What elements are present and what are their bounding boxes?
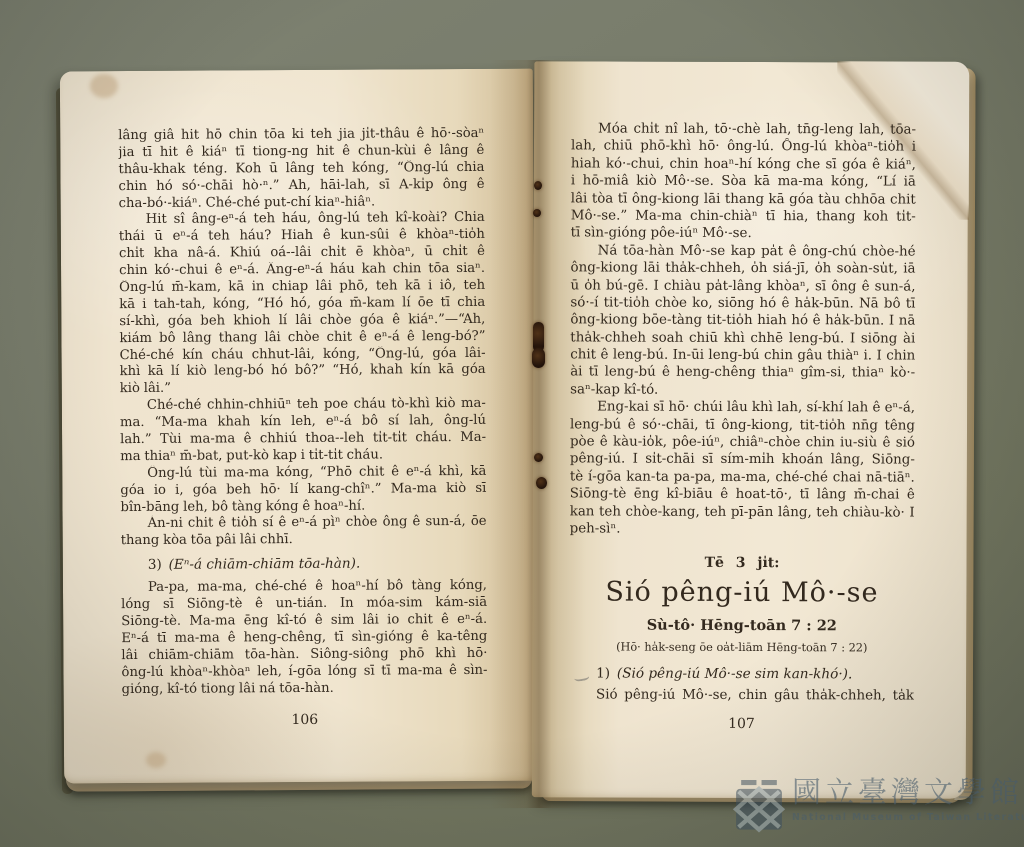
photo-background: { "book": { "left_page": { "page_number"… xyxy=(0,0,1024,847)
paragraph: Pa-pa, ma-ma, ché-ché ê hoaⁿ-hí bô tàng … xyxy=(121,578,488,698)
text-line: saⁿ-kap kî-tó. xyxy=(570,381,915,400)
paragraph: Sió pêng-iú Mô·-se, chin gâu tha̍k-chheh… xyxy=(569,687,914,706)
text-line: chit ê leng-bú. In-ūi leng-bú chin gâu t… xyxy=(570,346,915,365)
text-line: só·-í tit-tio̍h chòe ko, siōng hó ê ha̍k… xyxy=(570,294,915,313)
watermark: 國立臺灣文學館 National Museum of Taiwan Litera… xyxy=(733,776,1024,847)
text-line: lah.” Tùi ma-ma ê chhiú thoa--leh ti̍t-t… xyxy=(120,430,486,449)
ink-spot xyxy=(532,348,545,368)
text-line: lâi tòa tī ông-kiong lāi thang kā góa tà… xyxy=(571,190,916,209)
text-line: kiám bô lâng thang lâi chòe chit ê eⁿ-á … xyxy=(119,329,485,348)
watermark-text: 國立臺灣文學館 National Museum of Taiwan Litera… xyxy=(792,776,1024,823)
watermark-cjk: 國立臺灣文學館 xyxy=(792,776,1024,809)
text-line: ū o̍h bú-gē. I chiàu pa̍t-lâng khòaⁿ, sī… xyxy=(570,277,915,296)
text-line: góa io i, góa beh hō· lí kang-chîⁿ.” Ma-… xyxy=(120,481,486,500)
memory-verse-note: (Hō· ha̍k-seng ōe oa̍t-liām Hēng-toān 7 … xyxy=(569,640,914,656)
text-line: chin hó só·-chāi hò·ⁿ.” Ah, hāi-lah, sī … xyxy=(118,177,484,196)
watermark-en: National Museum of Taiwan Literature xyxy=(792,812,1024,823)
page-number-left: 106 xyxy=(122,711,488,729)
left-page-body: lâng giâ hit hō chin tōa ki teh jia ji̍t… xyxy=(118,126,487,699)
text-line: Ná tōa-hàn Mô·-se kap pa̍t ê ông-chú chò… xyxy=(571,242,916,261)
text-line: tè í-gōa kan-ta pa-pa, ma-ma, ché-ché ch… xyxy=(570,468,915,487)
text-line: Án-ni chit ê tio̍h sí ê eⁿ-á pìⁿ chòe ôn… xyxy=(121,514,487,533)
text-line: khì kā lí kiò leng-bó hó bô?” “Hó, khah … xyxy=(120,362,486,381)
text-line: sí-khì, góa beh khioh lí lâi chòe góa ê … xyxy=(119,312,485,331)
text-line: kan teh chòe-kang, teh pī-pān lâng, teh … xyxy=(570,503,915,522)
page-number-right: 107 xyxy=(569,715,914,732)
section-subheading-text: (Eⁿ-á chiām-chiām tōa-hàn). xyxy=(169,556,361,573)
open-book: lâng giâ hit hō chin tōa ki teh jia ji̍t… xyxy=(62,60,968,808)
scripture-reference: Sù-tô· Hēng-toān 7 : 22 xyxy=(569,617,914,636)
text-line: Ông-lú tùi ma-ma kóng, “Phō chit ê eⁿ-á … xyxy=(120,464,486,483)
text-line: i hō-miâ kiò Mô·-se. Sòa kā ma-ma kóng, … xyxy=(571,173,916,192)
paragraph: lâng giâ hit hō chin tōa ki teh jia ji̍t… xyxy=(118,126,485,213)
text-line: tha̍k-chheh soah chiū khì chhē leng-bú. … xyxy=(570,329,915,348)
text-line: tī sìn-gióng pôe-iúⁿ Mô·-se. xyxy=(571,225,916,244)
stain xyxy=(90,74,118,98)
text-line: ài tī leng-bú ê heng-chêng thiaⁿ gîm-si,… xyxy=(570,364,915,383)
text-line: Siōng-tè ēng kî-biāu ê hoat-tō·, tī lâng… xyxy=(570,486,915,505)
paragraph: Ná tōa-hàn Mô·-se kap pa̍t ê ông-chú chò… xyxy=(570,242,916,400)
text-line: hiah kó·-chui, chin hoaⁿ-hí kóng che sī … xyxy=(571,155,916,174)
text-line: gióng, kî-tó tiong lâi ná tōa-hàn. xyxy=(122,679,488,698)
museum-logo-icon xyxy=(733,780,785,836)
text-line: lah, chiū phō-khì hō· ông-lú. Ông-lú khò… xyxy=(571,138,916,157)
ink-spot xyxy=(533,209,541,217)
ink-spot xyxy=(536,477,547,489)
text-line: leng-bú ê só·-chāi, tī ông-kiong, tit-ti… xyxy=(570,416,915,435)
text-line: ông-lú khòaⁿ-khòaⁿ leh, í-gōa lóng sī tī… xyxy=(121,663,487,682)
ink-spot xyxy=(534,181,542,190)
text-line: Eng-kai sī hō· chúi lâu khì lah, sí-khí … xyxy=(570,399,915,418)
day-label: Tē 3 ji̍t: xyxy=(570,554,915,573)
text-line: pêng-iú. I si̍t-chāi sī sím-mi̍h khoán l… xyxy=(570,451,915,470)
text-line: Ông-lú m̄-kam, kā in chiap lâi phō, teh … xyxy=(119,278,485,297)
right-page-body: Móa chi̍t nî lah, tō·-chè lah, tn̄g-leng… xyxy=(569,120,916,705)
text-line: ông-kiong lāi tha̍k-chheh, o̍h siá-jī, o… xyxy=(571,259,916,278)
section-number: 3) xyxy=(148,557,169,573)
paragraph: Eng-kai sī hō· chúi lâu khì lah, sí-khí … xyxy=(570,399,915,539)
stain xyxy=(146,752,166,768)
paragraph: Móa chi̍t nî lah, tō·-chè lah, tn̄g-leng… xyxy=(571,120,916,243)
paragraph: Ché-ché chhin-chhiūⁿ teh poe cháu tò-khì… xyxy=(120,396,486,466)
section-subheading: 1) (Sió pêng-iú Mô·-se sim kan-khó·). xyxy=(569,665,914,685)
text-line: Eⁿ-á tī ma-ma ê heng-chêng, tī sìn-gióng… xyxy=(121,629,487,648)
text-line: peh-sìⁿ. xyxy=(570,520,915,539)
chapter-title: Sió pêng-iú Mô·-se xyxy=(569,577,914,610)
section-subheading-text: (Sió pêng-iú Mô·-se sim kan-khó·). xyxy=(617,666,852,683)
text-line: pòe ê kàu-io̍k, pôe-iúⁿ, chiâⁿ-chòe chin… xyxy=(570,433,915,452)
text-line: Siōng-tè. Ma-ma ēng kî-tó ê sim lâi io c… xyxy=(121,612,487,631)
text-line: thâu-khak téng. Koh ū lâng teh kóng, “Ôn… xyxy=(118,160,484,179)
ink-spot xyxy=(534,453,543,462)
text-line: lâng giâ hit hō chin tōa ki teh jia ji̍t… xyxy=(118,126,484,145)
text-line: thang kòa tōa pâi lâi chhī. xyxy=(121,531,487,550)
paragraph: Ông-lú tùi ma-ma kóng, “Phō chit ê eⁿ-á … xyxy=(120,464,486,517)
text-line: kā i tah-tah, kóng, “Hó hó, góa m̄-kam l… xyxy=(119,295,485,314)
text-line: Mô·-se.” Ma-ma chin-chiàⁿ tī hia, thang … xyxy=(571,207,916,226)
text-line: ông-kiong bōe-tàng tit-tio̍h hiah hó ê h… xyxy=(570,312,915,331)
text-line: Móa chi̍t nî lah, tō·-chè lah, tn̄g-leng… xyxy=(571,120,916,139)
section-number: 1) xyxy=(596,666,617,682)
paragraph: Hit sî âng-eⁿ-á teh háu, ông-lú teh kî-k… xyxy=(119,210,486,398)
text-line: Sió pêng-iú Mô·-se, chin gâu tha̍k-chheh… xyxy=(569,687,914,706)
right-page: Móa chi̍t nî lah, tō·-chè lah, tn̄g-leng… xyxy=(532,61,969,799)
text-line: jia tī hit ê kiáⁿ tī tiong-ng hit ê chun… xyxy=(118,143,484,162)
left-page: lâng giâ hit hō chin tōa ki teh jia ji̍t… xyxy=(60,69,537,784)
section-subheading: 3) (Eⁿ-á chiām-chiām tōa-hàn). xyxy=(121,554,487,575)
paragraph: Án-ni chit ê tio̍h sí ê eⁿ-á pìⁿ chòe ôn… xyxy=(121,514,487,550)
text-line: lâi chiām-chiām tōa-hàn. Siông-siông phō… xyxy=(121,646,487,665)
